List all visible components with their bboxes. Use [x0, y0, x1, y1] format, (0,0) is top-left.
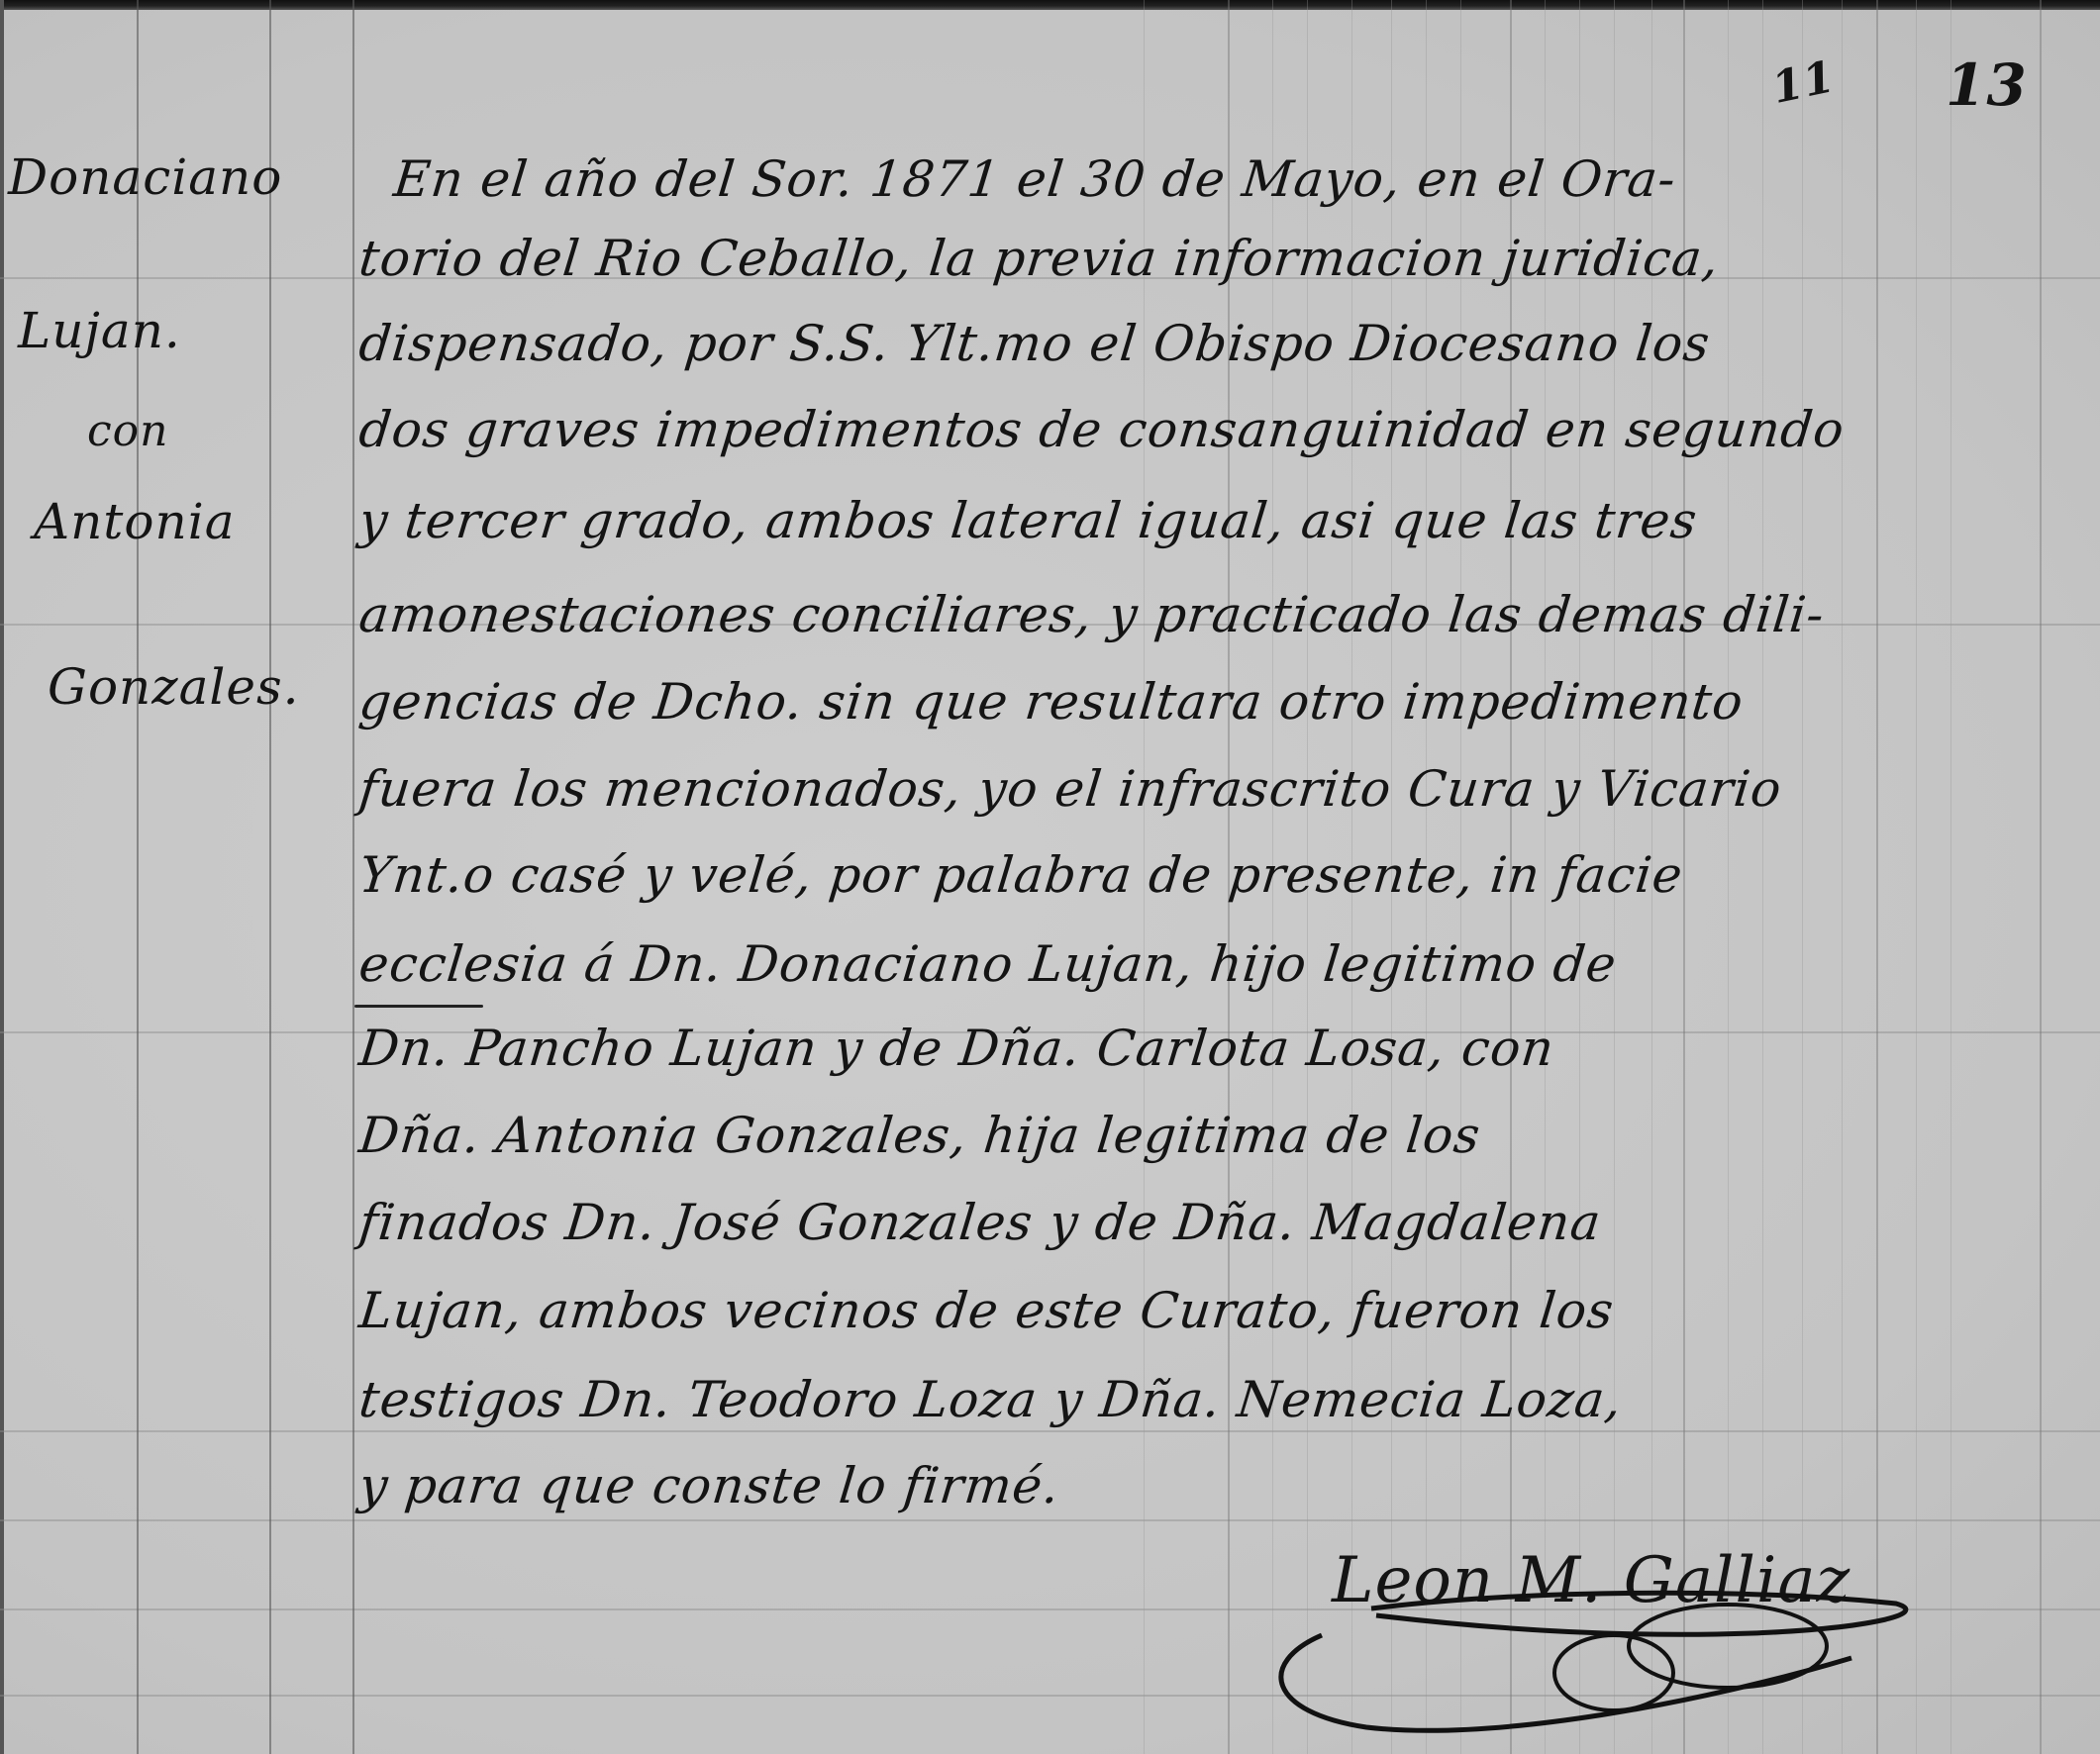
page-number: 13	[1946, 51, 2028, 119]
body-line: dos graves impedimentos de consanguinida…	[356, 401, 1848, 458]
margin-rule	[269, 0, 271, 1754]
ledger-rule	[1802, 0, 1803, 1754]
ledger-rule	[1916, 0, 1917, 1754]
body-line: ecclesia á Dn. Donaciano Lujan, hijo leg…	[356, 935, 1620, 993]
body-line: fuera los mencionados, yo el infrascrito…	[356, 760, 1785, 818]
margin-groom-first-name: Donaciano	[8, 148, 282, 206]
ledger-rule	[1950, 0, 1951, 1754]
ledger-rule	[2040, 0, 2042, 1754]
ruled-line	[0, 1519, 2100, 1521]
body-line: y para que conste lo firmé.	[356, 1457, 1062, 1514]
body-line: Lujan, ambos vecinos de este Curato, fue…	[356, 1282, 1617, 1339]
margin-rule	[137, 0, 139, 1754]
body-line: Dn. Pancho Lujan y de Dña. Carlota Losa,…	[356, 1020, 1557, 1077]
body-line: Dña. Antonia Gonzales, hija legitima de …	[356, 1107, 1483, 1164]
margin-bride-surname: Gonzales.	[48, 658, 300, 716]
ledger-rule	[1762, 0, 1763, 1754]
ledger-rule	[1728, 0, 1729, 1754]
ruled-line	[0, 1430, 2100, 1432]
margin-groom-surname: Lujan.	[18, 302, 181, 359]
body-line: finados Dn. José Gonzales y de Dña. Magd…	[356, 1194, 1604, 1251]
signature-flourish-icon	[1238, 1584, 1950, 1752]
body-line: amonestaciones conciliares, y practicado…	[356, 586, 1828, 643]
body-line: y tercer grado, ambos lateral igual, asi…	[356, 492, 1700, 549]
page-left-edge	[0, 0, 4, 1754]
ledger-rule	[1842, 0, 1843, 1754]
body-line: testigos Dn. Teodoro Loza y Dña. Nemecia…	[356, 1371, 1625, 1428]
body-rule	[352, 0, 354, 1754]
body-line: dispensado, por S.S. Ylt.mo el Obispo Di…	[356, 315, 1713, 372]
page-top-edge	[0, 0, 2100, 10]
body-line: En el año del Sor. 1871 el 30 de Mayo, e…	[391, 150, 1679, 208]
folio-annotation: 11	[1767, 51, 1839, 114]
margin-conjunction: con	[87, 406, 168, 456]
body-line: torio del Rio Ceballo, la previa informa…	[356, 230, 1722, 287]
ledger-rule	[1876, 0, 1878, 1754]
margin-bride-first-name: Antonia	[34, 493, 236, 550]
body-line: gencias de Dcho. sin que resultara otro …	[356, 673, 1747, 731]
register-page: 11 13 Donaciano Lujan. con Antonia Gonza…	[0, 0, 2100, 1754]
body-line: Ynt.o casé y velé, por palabra de presen…	[356, 846, 1686, 904]
underline-mark	[354, 1005, 483, 1008]
